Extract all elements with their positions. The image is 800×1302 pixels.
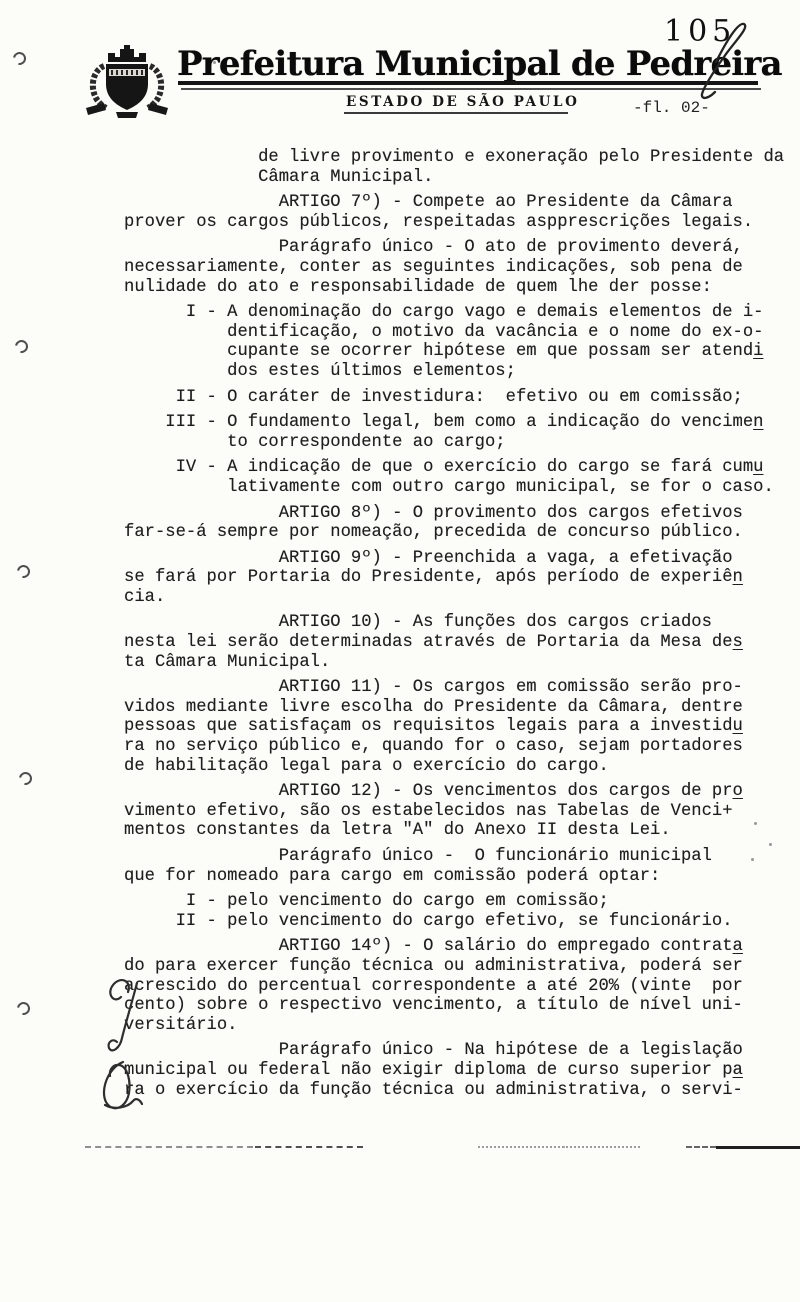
handwritten-initials-icon: [92, 962, 202, 1125]
text-line: nesta lei serão determinadas através de …: [124, 633, 784, 653]
paragraph: ARTIGO 14º) - O salário do empregado con…: [124, 937, 784, 1035]
paragraph: ARTIGO 9º) - Preenchida a vaga, a efetiv…: [124, 549, 784, 608]
text-line: Parágrafo único - O ato de provimento de…: [124, 238, 784, 258]
text-line: to correspondente ao cargo;: [124, 433, 784, 453]
text-line: IV - A indicação de que o exercício do c…: [124, 458, 784, 478]
text-line: ARTIGO 9º) - Preenchida a vaga, a efetiv…: [124, 549, 784, 569]
text-line: de habilitação legal para o exercício do…: [124, 757, 784, 777]
text-line: II - O caráter de investidura: efetivo o…: [124, 388, 784, 408]
scanned-document-page: { "page": { "stamped_page_number": "105"…: [0, 0, 800, 1302]
handwritten-flourish-icon: [688, 14, 768, 109]
text-line: III - O fundamento legal, bem como a ind…: [124, 413, 784, 433]
scan-speck: [754, 822, 757, 825]
text-line: far-se-á sempre por nomeação, precedida …: [124, 523, 784, 543]
text-line: ARTIGO 8º) - O provimento dos cargos efe…: [124, 504, 784, 524]
text-line: ta Câmara Municipal.: [124, 653, 784, 673]
text-line: municipal ou federal não exigir diploma …: [124, 1061, 784, 1081]
text-line: vimento efetivo, são os estabelecidos na…: [124, 802, 784, 822]
text-line: ARTIGO 14º) - O salário do empregado con…: [124, 937, 784, 957]
text-line: versitário.: [124, 1016, 784, 1036]
document-body: de livre provimento e exoneração pelo Pr…: [124, 148, 784, 1106]
paragraph: ARTIGO 11) - Os cargos em comissão serão…: [124, 678, 784, 776]
paragraph: ARTIGO 8º) - O provimento dos cargos efe…: [124, 504, 784, 543]
text-line: necessariamente, conter as seguintes ind…: [124, 258, 784, 278]
text-line: dos estes últimos elementos;: [124, 362, 784, 382]
separator-dashes: [478, 1146, 640, 1148]
text-line: vidos mediante livre escolha do Presiden…: [124, 698, 784, 718]
text-line: acrescido do percentual correspondente a…: [124, 977, 784, 997]
paragraph: II - O caráter de investidura: efetivo o…: [124, 388, 784, 408]
paragraph: Parágrafo único - Na hipótese de a legis…: [124, 1041, 784, 1100]
paragraph: Parágrafo único - O funcionário municipa…: [124, 847, 784, 886]
punch-mark-icon: [14, 562, 32, 580]
text-line: ARTIGO 11) - Os cargos em comissão serão…: [124, 678, 784, 698]
text-line: nulidade do ato e responsabilidade de qu…: [124, 278, 784, 298]
punch-mark-icon: [12, 337, 30, 355]
paragraph: ARTIGO 7º) - Compete ao Presidente da Câ…: [124, 193, 784, 232]
text-line: cia.: [124, 588, 784, 608]
text-line: cupante se ocorrer hipótese em que possa…: [124, 342, 784, 362]
text-line: do para exercer função técnica ou admini…: [124, 957, 784, 977]
separator-solid: [716, 1146, 800, 1149]
paragraph: ARTIGO 10) - As funções dos cargos criad…: [124, 613, 784, 672]
paragraph: I - pelo vencimento do cargo em comissão…: [124, 892, 784, 931]
header-subtitle: ESTADO DE SÃO PAULO: [346, 94, 579, 110]
scan-speck: [769, 843, 772, 846]
text-line: mentos constantes da letra "A" do Anexo …: [124, 821, 784, 841]
paragraph: ARTIGO 12) - Os vencimentos dos cargos d…: [124, 782, 784, 841]
text-line: que for nomeado para cargo em comissão p…: [124, 867, 784, 887]
text-line: I - pelo vencimento do cargo em comissão…: [124, 892, 784, 912]
text-line: ra o exercício da função técnica ou admi…: [124, 1081, 784, 1101]
text-line: cento) sobre o respectivo vencimento, a …: [124, 996, 784, 1016]
scan-speck: [751, 858, 754, 861]
header-rule-thin: [181, 88, 761, 90]
punch-mark-icon: [10, 49, 28, 67]
text-line: Câmara Municipal.: [124, 168, 784, 188]
text-line: se fará por Portaria do Presidente, após…: [124, 568, 784, 588]
header-rule-thick: [178, 81, 758, 85]
paragraph: IV - A indicação de que o exercício do c…: [124, 458, 784, 497]
separator-dashes: [85, 1146, 253, 1148]
text-line: Parágrafo único - Na hipótese de a legis…: [124, 1041, 784, 1061]
scan-speck: [213, 61, 216, 64]
separator-dashes: [255, 1146, 363, 1148]
separator-dashes: [686, 1146, 716, 1148]
municipal-coat-of-arms-icon: [80, 42, 172, 125]
punch-mark-icon: [16, 769, 34, 787]
paragraph: de livre provimento e exoneração pelo Pr…: [124, 148, 784, 187]
text-line: ARTIGO 12) - Os vencimentos dos cargos d…: [124, 782, 784, 802]
text-line: II - pelo vencimento do cargo efetivo, s…: [124, 912, 784, 932]
text-line: ra no serviço público e, quando for o ca…: [124, 737, 784, 757]
paragraph: III - O fundamento legal, bem como a ind…: [124, 413, 784, 452]
text-line: I - A denominação do cargo vago e demais…: [124, 303, 784, 323]
text-line: prover os cargos públicos, respeitadas a…: [124, 213, 784, 233]
paragraph: Parágrafo único - O ato de provimento de…: [124, 238, 784, 297]
text-line: ARTIGO 10) - As funções dos cargos criad…: [124, 613, 784, 633]
text-line: de livre provimento e exoneração pelo Pr…: [124, 148, 784, 168]
punch-mark-icon: [14, 999, 32, 1017]
text-line: Parágrafo único - O funcionário municipa…: [124, 847, 784, 867]
paragraph: I - A denominação do cargo vago e demais…: [124, 303, 784, 381]
subtitle-underline: [344, 112, 568, 114]
text-line: dentificação, o motivo da vacância e o n…: [124, 323, 784, 343]
text-line: ARTIGO 7º) - Compete ao Presidente da Câ…: [124, 193, 784, 213]
text-line: pessoas que satisfaçam os requisitos leg…: [124, 717, 784, 737]
text-line: lativamente com outro cargo municipal, s…: [124, 478, 784, 498]
